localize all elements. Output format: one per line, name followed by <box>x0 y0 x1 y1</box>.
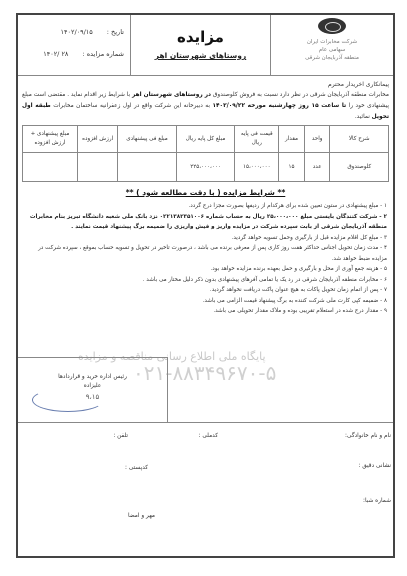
condition-item-6: ۶ - مخابرات منطقه آذربایجان شرقی در رد ی… <box>22 275 389 286</box>
bidder-form: نام و نام خانوادگی: کدملی : تلفن : نشانی… <box>18 422 393 559</box>
company-region: منطقه آذربایجان شرقی <box>271 54 393 62</box>
signature-block: رئیس اداره خرید و قراردادها علیزاده ۹،۱۵ <box>18 357 168 422</box>
company-block: شرکت مخابرات ایران سهامی عام منطقه آذربا… <box>270 15 393 75</box>
condition-item-9: ۹ - مقدار درج شده در استعلام تقریبی بوده… <box>22 306 389 317</box>
signatory-title: رئیس اداره خرید و قراردادها <box>18 374 167 380</box>
full-name-field[interactable]: نام و نام خانوادگی: <box>345 433 391 439</box>
intro-text: مخابرات منطقه آذربایجان شرقی در نظر دارد… <box>211 92 389 98</box>
phone-field[interactable]: تلفن : <box>113 433 128 439</box>
tci-logo-icon <box>318 18 346 34</box>
col-unit-base-price: قیمت فی پایه ریال <box>235 126 279 153</box>
col-description: شرح کالا <box>330 126 389 153</box>
signature-mark-icon <box>32 388 104 412</box>
meta-block: تاریخ : ۱۴۰۲/۰۹/۱۵ شماره مزایده : ۱۴۰۲/ … <box>18 15 130 75</box>
cell-description: کلوصندوق <box>330 153 389 182</box>
conditions-heading: ** شرایط مزایده ( با دقت مطالعه شود ) ** <box>22 187 389 198</box>
intro-location: در روستاهای شهرستان اهر <box>132 92 211 98</box>
col-unit: واحد <box>304 126 330 153</box>
condition-item-5: ۵ - هزینه جمع آوری از محل و بارگیری و حم… <box>22 264 389 275</box>
cell-total-base-price: ۲۲۵،۰۰۰،۰۰۰ <box>176 153 235 182</box>
page-subtitle: روستاهای شهرستان اهر <box>131 51 270 60</box>
auction-document: شرکت مخابرات ایران سهامی عام منطقه آذربا… <box>16 13 395 558</box>
col-quantity: مقدار <box>279 126 305 153</box>
address-field[interactable]: نشانی دقیق : <box>358 463 391 469</box>
conditions-list: ۱ - مبلغ پیشنهادی در ستون تعیین شده برای… <box>22 201 389 317</box>
intro-text: به دبیرخانه این شرکت واقع در اول زعفرانی… <box>51 103 213 109</box>
cell-vat[interactable] <box>77 153 117 182</box>
document-body: پیمانکاری اخریدار محترم مخابرات منطقه آذ… <box>18 76 393 317</box>
conditions-title-text: ** شرایط مزایده ( با دقت مطالعه شود ) ** <box>126 188 286 197</box>
intro-text: نمائید. <box>355 114 372 120</box>
stamp-signature-field[interactable]: مهر و امضا <box>128 513 155 519</box>
col-offered-unit-price: مبلغ فی پیشنهادی <box>118 126 177 153</box>
table-row: کلوصندوق عدد ۱۵ ۱۵،۰۰۰،۰۰۰ ۲۲۵،۰۰۰،۰۰۰ <box>23 153 389 182</box>
page-title: مزایده <box>131 27 270 47</box>
cell-unit: عدد <box>304 153 330 182</box>
condition-item-2: ۲ - شرکت کنندگان بایستی مبلغ ۲۵،۰۰۰،۰۰۰ … <box>22 212 389 233</box>
auction-number-label: شماره مزایده : <box>82 49 124 59</box>
date-value: ۱۴۰۲/۰۹/۱۵ <box>60 27 92 37</box>
postal-code-field[interactable]: کدپستی : <box>125 465 148 471</box>
items-table: شرح کالا واحد مقدار قیمت فی پایه ریال مب… <box>22 125 389 182</box>
intro-deadline: تا ساعت ۱۵ روز چهارشنبه مورخه ۱۴۰۲/۰۹/۲۲ <box>212 103 346 109</box>
auction-number-row: شماره مزایده : ۱۴۰۲/ ۲۸ <box>24 49 124 59</box>
cell-quantity: ۱۵ <box>279 153 305 182</box>
date-row: تاریخ : ۱۴۰۲/۰۹/۱۵ <box>24 27 124 37</box>
table-header-row: شرح کالا واحد مقدار قیمت فی پایه ریال مب… <box>23 126 389 153</box>
cell-offered-unit-price[interactable] <box>118 153 177 182</box>
sheba-number-field[interactable]: شماره شبا: <box>363 498 391 504</box>
cell-unit-base-price: ۱۵،۰۰۰،۰۰۰ <box>235 153 279 182</box>
date-label: تاریخ : <box>107 27 124 37</box>
condition-item-4: ۴ - مدت زمان تحویل اجناس حداکثر هفت روز … <box>22 243 389 264</box>
condition-item-1: ۱ - مبلغ پیشنهادی در ستون تعیین شده برای… <box>22 201 389 212</box>
company-name: شرکت مخابرات ایران <box>271 38 393 46</box>
col-total-base-price: مبلغ کل پایه ریال <box>176 126 235 153</box>
auction-number-value: ۱۴۰۲/ ۲۸ <box>43 49 68 59</box>
condition-item-7: ۷ - پس از اتمام زمان تحویل پاکات به هیچ … <box>22 285 389 296</box>
company-type: سهامی عام <box>271 46 393 54</box>
condition-item-3: ۳ - مبلغ کل اقلام مزایده قبل از بارگیری … <box>22 233 389 244</box>
document-header: شرکت مخابرات ایران سهامی عام منطقه آذربا… <box>18 15 393 76</box>
title-block: مزایده روستاهای شهرستان اهر <box>130 15 270 75</box>
intro-paragraph: مخابرات منطقه آذربایجان شرقی در نظر دارد… <box>22 90 389 123</box>
col-offer-plus-vat: مبلغ پیشنهادی + ارزش افزوده <box>23 126 78 153</box>
condition-item-8: ۸ - ضمیمه کپی کارت ملی شرکت کننده به برگ… <box>22 296 389 307</box>
col-vat: ارزش افزوده <box>77 126 117 153</box>
cell-offer-plus-vat[interactable] <box>23 153 78 182</box>
national-id-field[interactable]: کدملی : <box>199 433 218 439</box>
signatory-name: علیزاده <box>18 383 167 389</box>
salutation: پیمانکاری اخریدار محترم <box>22 79 389 90</box>
